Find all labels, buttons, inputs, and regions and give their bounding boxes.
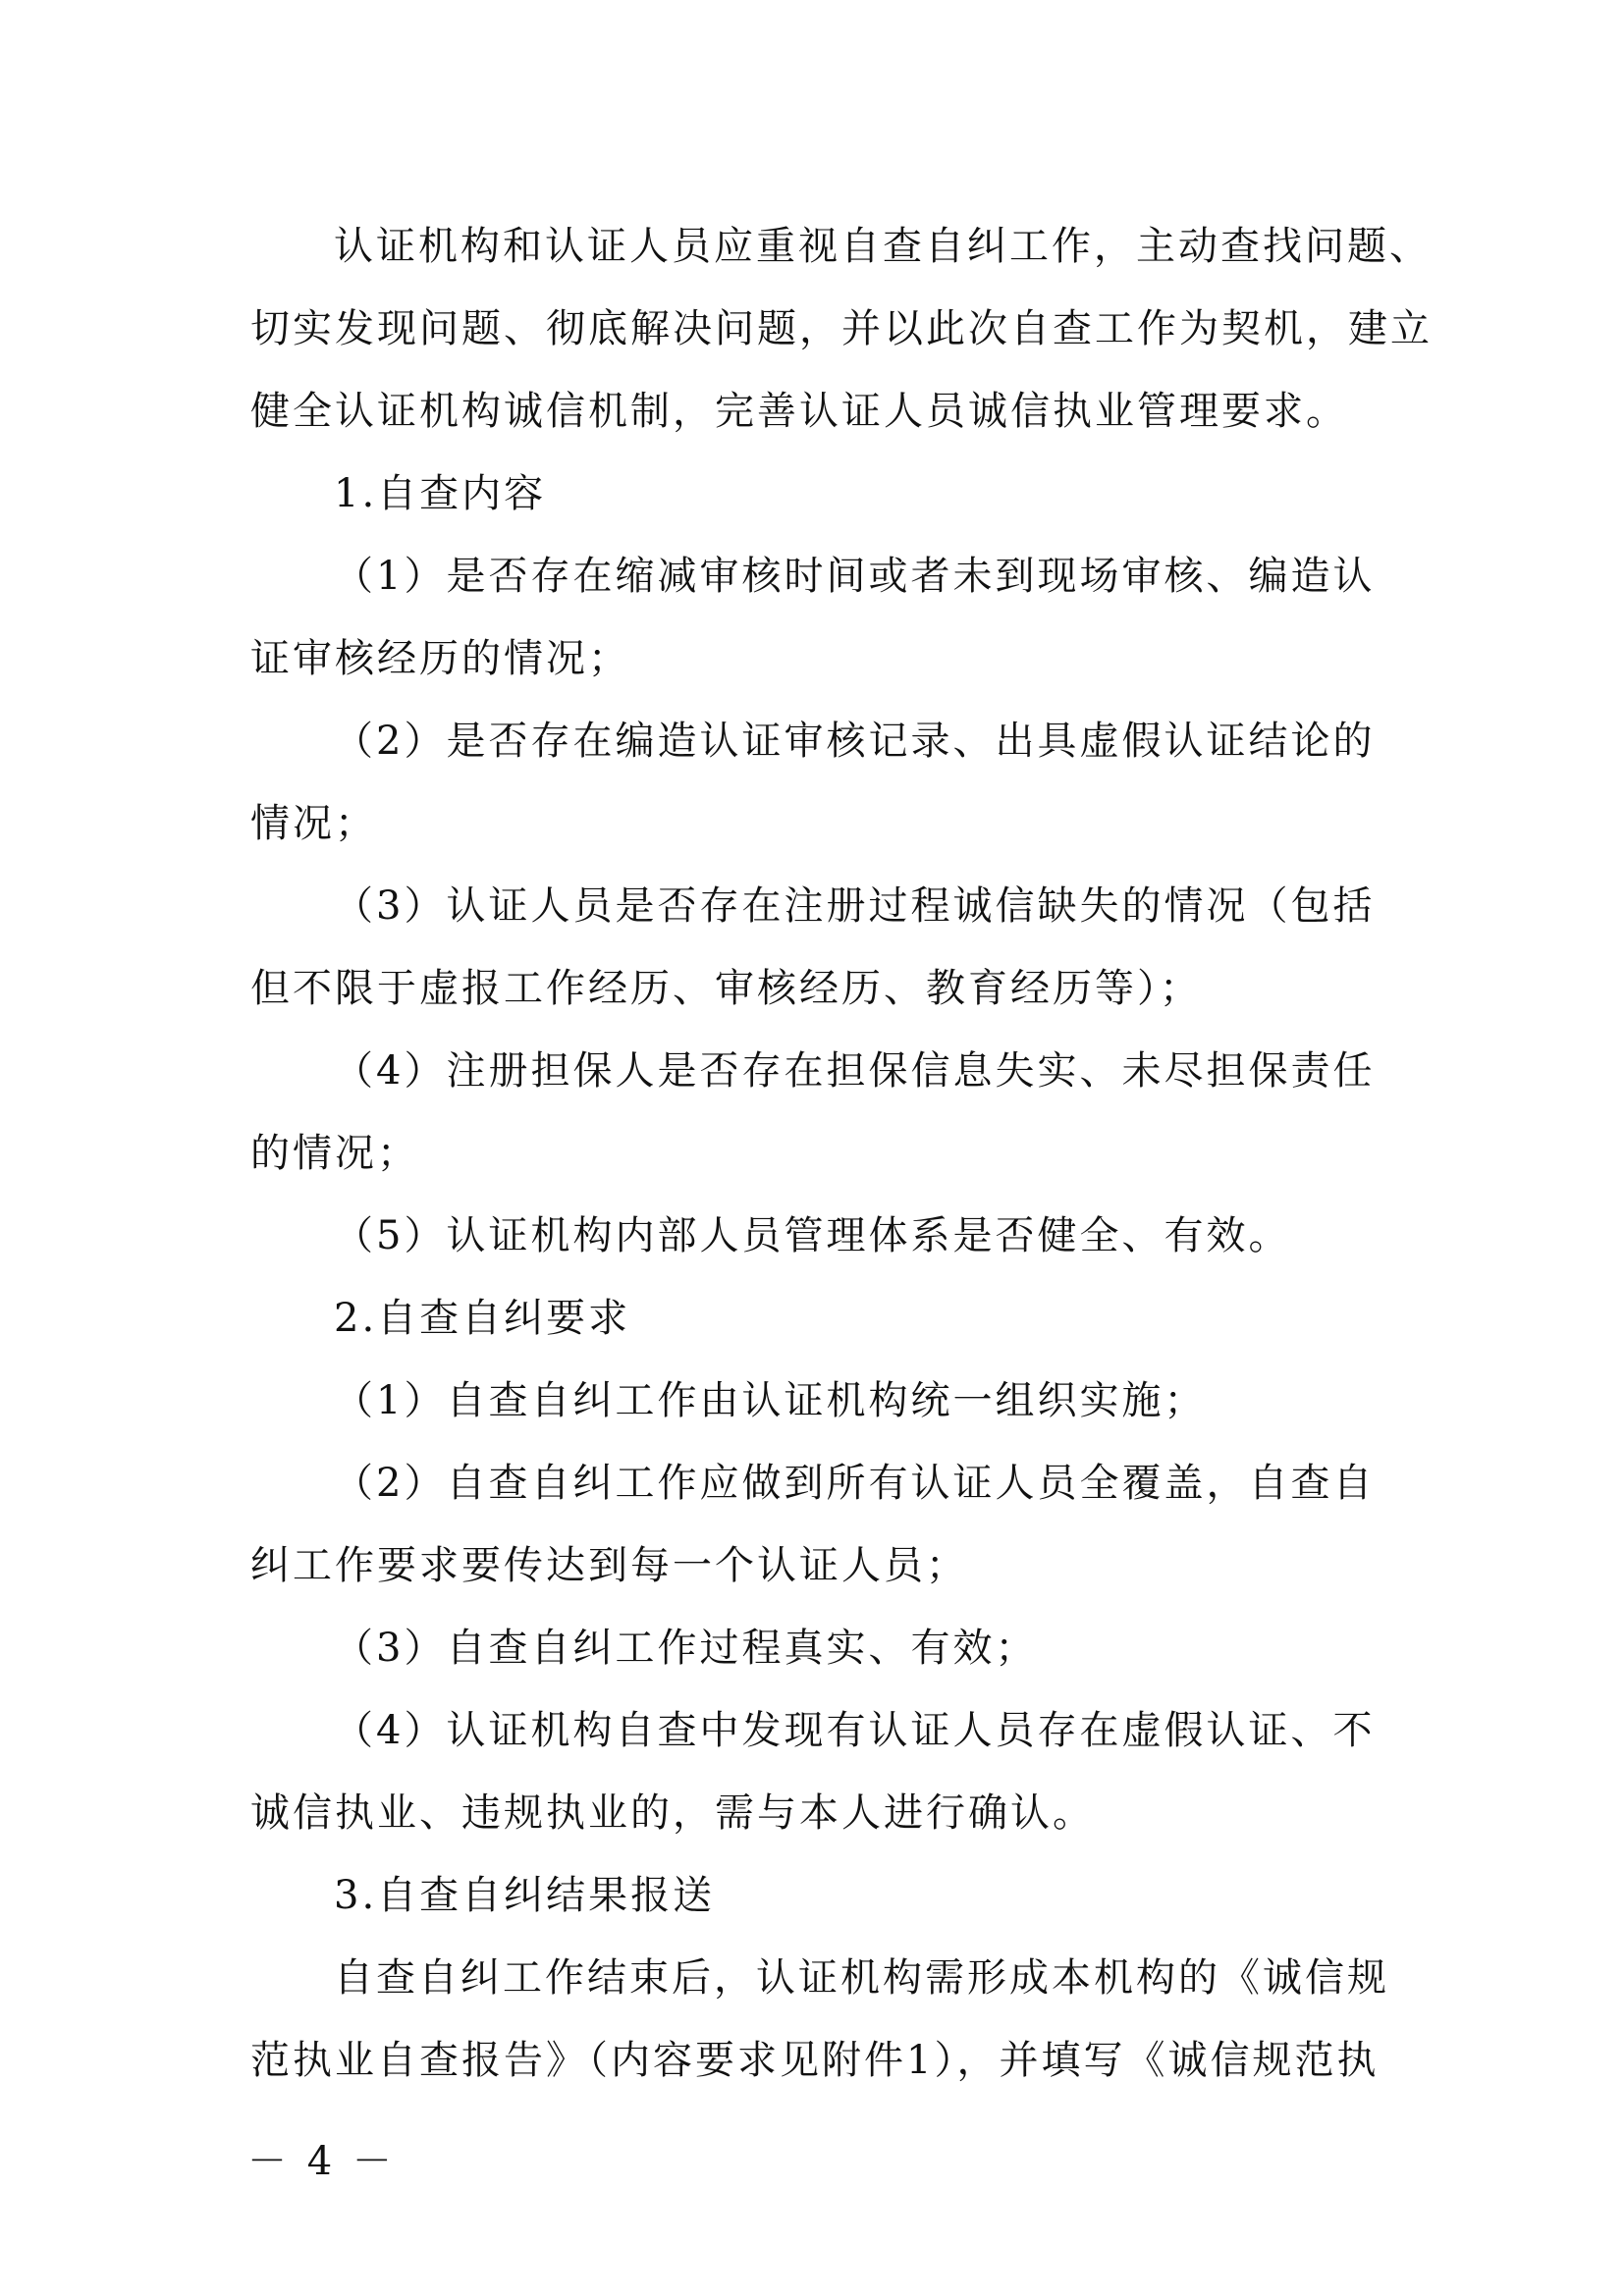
section-heading-3: 3.自查自纠结果报送 — [334, 1854, 1492, 1937]
list-item-line: （1）自查自纠工作由认证机构统一组织实施； — [334, 1360, 1492, 1442]
list-item-line: （1）是否存在缩减审核时间或者未到现场审核、编造认 — [334, 535, 1492, 617]
paragraph-line: 健全认证机构诚信机制，完善认证人员诚信执业管理要求。 — [250, 370, 1409, 453]
page-number: － 4 － — [247, 2120, 396, 2203]
list-item-line: （3）自查自纠工作过程真实、有效； — [334, 1607, 1492, 1689]
section-heading-2: 2.自查自纠要求 — [334, 1277, 1492, 1360]
list-item-line: 情况； — [250, 782, 1409, 865]
paragraph-line: 切实发现问题、彻底解决问题，并以此次自查工作为契机，建立 — [250, 288, 1409, 370]
list-item-line: （4）认证机构自查中发现有认证人员存在虚假认证、不 — [334, 1689, 1492, 1772]
paragraph-line: 认证机构和认证人员应重视自查自纠工作，主动查找问题、 — [334, 205, 1492, 288]
list-item-line: 但不限于虚报工作经历、审核经历、教育经历等）； — [250, 947, 1409, 1030]
list-item-line: （3）认证人员是否存在注册过程诚信缺失的情况（包括 — [334, 865, 1492, 947]
list-item-line: （4）注册担保人是否存在担保信息失实、未尽担保责任 — [334, 1030, 1492, 1112]
list-item-line: （5）认证机构内部人员管理体系是否健全、有效。 — [334, 1195, 1492, 1277]
list-item-line: 证审核经历的情况； — [250, 617, 1409, 700]
list-item-line: 诚信执业、违规执业的，需与本人进行确认。 — [250, 1772, 1409, 1854]
list-item-line: （2）自查自纠工作应做到所有认证人员全覆盖，自查自 — [334, 1442, 1492, 1524]
document-page: 认证机构和认证人员应重视自查自纠工作，主动查找问题、 切实发现问题、彻底解决问题… — [0, 0, 1624, 2296]
paragraph-line: 自查自纠工作结束后，认证机构需形成本机构的《诚信规 — [334, 1937, 1492, 2019]
section-heading-1: 1.自查内容 — [334, 453, 1492, 535]
list-item-line: （2）是否存在编造认证审核记录、出具虚假认证结论的 — [334, 700, 1492, 782]
list-item-line: 的情况； — [250, 1112, 1409, 1195]
list-item-line: 纠工作要求要传达到每一个认证人员； — [250, 1524, 1409, 1607]
paragraph-line: 范执业自查报告》（内容要求见附件1），并填写《诚信规范执 — [250, 2019, 1409, 2102]
